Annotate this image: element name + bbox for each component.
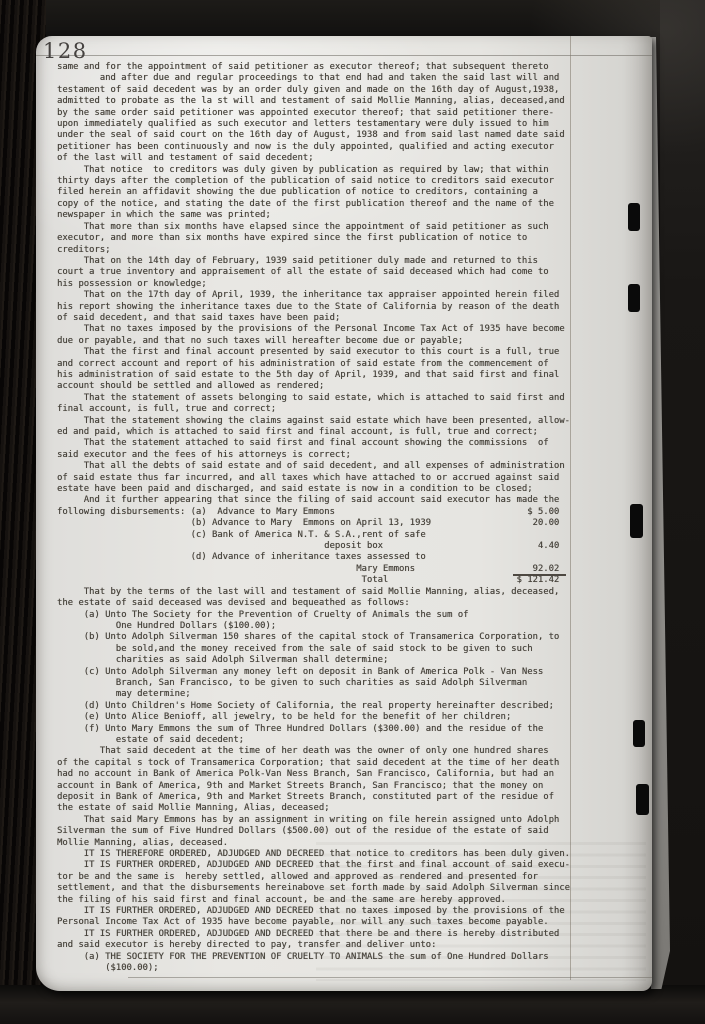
total-underline — [513, 574, 566, 576]
document-text: same and for the appointment of said pet… — [57, 62, 570, 975]
binder-hole — [628, 284, 640, 312]
page-number: 128 — [43, 39, 88, 63]
binder-hole — [630, 504, 643, 538]
binder-hole — [633, 720, 645, 747]
document-page: 128 same and for the appointment of said… — [36, 36, 652, 991]
binder-hole — [636, 784, 649, 815]
binder-hole — [628, 203, 640, 231]
ruled-line-top — [36, 55, 652, 56]
